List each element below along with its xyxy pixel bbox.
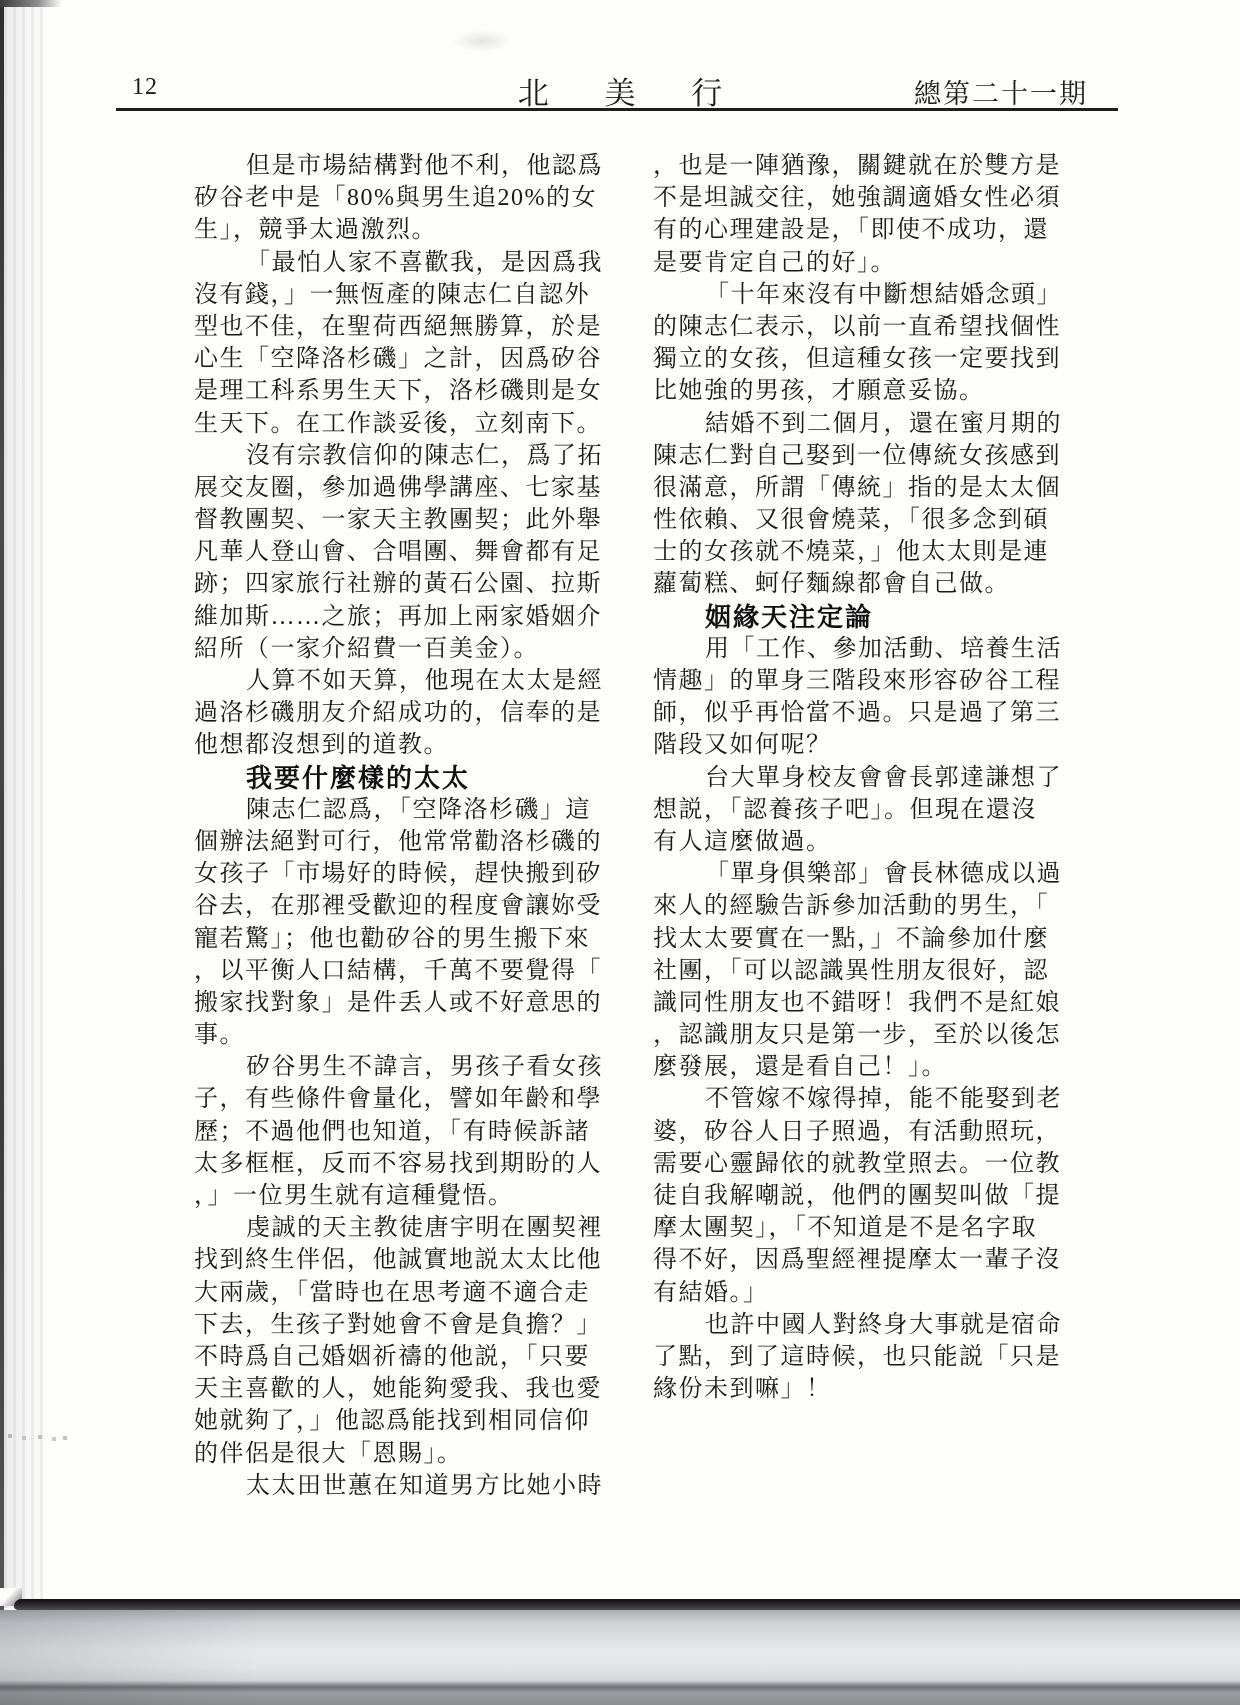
text-line: 結婚不到二個月，還在蜜月期的 [653,408,1049,440]
text-line: 不是坦誠交往，她強調適婚女性必須 [653,182,1049,214]
text-line: ，也是一陣猶豫，關鍵就在於雙方是 [653,150,1049,182]
text-line: 沒有宗教信仰的陳志仁，爲了拓 [194,440,590,472]
text-line: 需要心靈歸依的就教堂照去。一位教 [653,1148,1049,1180]
scan-smudge [452,30,512,52]
text-line: 心生「空降洛杉磯」之計，因爲矽谷 [194,343,590,375]
section-heading: 姻緣天注定論 [653,601,1049,633]
text-line: 有人這麼做過。 [653,826,1049,858]
text-line: 用「工作、參加活動、培養生活 [653,633,1049,665]
text-line: 她就夠了，」他認爲能找到相同信仰 [194,1405,590,1437]
text-line: 了點，到了這時候，也只能説「只是 [653,1341,1049,1373]
text-line: ，以平衡人口結構，千萬不要覺得「 [194,955,590,987]
text-line: 「最怕人家不喜歡我，是因爲我 [194,247,590,279]
text-line: 的伴侶是很大「恩賜」。 [194,1438,590,1470]
text-line: 是要肯定自己的好」。 [653,247,1049,279]
text-line: 過洛杉磯朋友介紹成功的，信奉的是 [194,697,590,729]
scanned-magazine-page: 12 北 美 行 總第二十一期 但是市場結構對他不利，他認爲矽谷老中是「80%與… [0,0,1240,1705]
text-line: 歷；不過他們也知道，「有時候訴諸 [194,1116,590,1148]
text-line: 型也不佳，在聖荷西絕無勝算，於是 [194,311,590,343]
text-line: 有的心理建設是，「即使不成功，還 [653,214,1049,246]
text-line: 想説，「認養孩子吧」。但現在還沒 [653,794,1049,826]
text-line: 不管嫁不嫁得掉，能不能娶到老 [653,1083,1049,1115]
text-line: 階段又如何呢？ [653,729,1049,761]
text-line: 沒有錢，」一無恆產的陳志仁自認外 [194,279,590,311]
text-column-right: ，也是一陣猶豫，關鍵就在於雙方是不是坦誠交往，她強調適婚女性必須有的心理建設是，… [653,150,1049,1405]
text-line: 生」，競爭太過激烈。 [194,214,590,246]
text-line: 士的女孩就不燒菜，」他太太則是連 [653,536,1049,568]
text-line: 台大單身校友會會長郭達謙想了 [653,762,1049,794]
scan-top-left-shadow [0,0,62,7]
text-line: 找到終生伴侶，他誠實地説太太比他 [194,1244,590,1276]
text-line: 太太田世蕙在知道男方比她小時 [194,1470,590,1502]
text-line: ，認識朋友只是第一步，至於以後怎 [653,1019,1049,1051]
issue-label: 總第二十一期 [914,72,1088,111]
text-column-left: 但是市場結構對他不利，他認爲矽谷老中是「80%與男生追20%的女生」，競爭太過激… [194,150,590,1502]
text-line: 大兩歲，「當時也在思考適不適合走 [194,1277,590,1309]
text-line: 性依賴、又很會燒菜，「很多念到碩 [653,504,1049,536]
text-line: ，」一位男生就有這種覺悟。 [194,1180,590,1212]
text-line: 人算不如天算，他現在太太是經 [194,665,590,697]
text-line: 徒自我解嘲説，他們的團契叫做「提 [653,1180,1049,1212]
text-line: 但是市場結構對他不利，他認爲 [194,150,590,182]
text-line: 谷去，在那裡受歡迎的程度會讓妳受 [194,890,590,922]
scan-left-edge-line [0,0,4,1612]
text-line: 識同性朋友也不錯呀！我們不是紅娘 [653,987,1049,1019]
text-line: 緣份未到嘛」！ [653,1373,1049,1405]
text-line: 紹所（一家介紹費一百美金）。 [194,633,590,665]
text-line: 有結婚。」 [653,1277,1049,1309]
text-line: 女孩子「市場好的時候，趕快搬到矽 [194,858,590,890]
text-line: 比她強的男孩，才願意妥協。 [653,375,1049,407]
text-line: 事。 [194,1019,590,1051]
text-line: 情趣」的單身三階段來形容矽谷工程 [653,665,1049,697]
text-line: 很滿意，所謂「傳統」指的是太太個 [653,472,1049,504]
text-line: 督教團契、一家天主教團契；此外舉 [194,504,590,536]
text-line: 陳志仁對自己娶到一位傳統女孩感到 [653,440,1049,472]
scanner-bed-shade [0,1610,260,1705]
text-line: 個辦法絕對可行，他常常勸洛杉磯的 [194,826,590,858]
text-line: 的陳志仁表示，以前一直希望找個性 [653,311,1049,343]
text-line: 生天下。在工作談妥後，立刻南下。 [194,408,590,440]
text-line: 獨立的女孩，但這種女孩一定要找到 [653,343,1049,375]
text-line: 矽谷男生不諱言，男孩子看女孩 [194,1051,590,1083]
text-line: 找太太要實在一點，」不論參加什麼 [653,923,1049,955]
text-line: 維加斯……之旅；再加上兩家婚姻介 [194,601,590,633]
text-line: 「十年來沒有中斷想結婚念頭」 [653,279,1049,311]
text-line: 跡；四家旅行社辦的黃石公園、拉斯 [194,568,590,600]
text-line: 是理工科系男生天下，洛杉磯則是女 [194,375,590,407]
section-heading: 我要什麼樣的太太 [194,762,590,794]
text-line: 來人的經驗告訴參加活動的男生，「 [653,890,1049,922]
text-line: 蘿蔔糕、蚵仔麵線都會自己做。 [653,568,1049,600]
text-line: 展交友圈，參加過佛學講座、七家基 [194,472,590,504]
text-line: 天主喜歡的人，她能夠愛我、我也愛 [194,1373,590,1405]
text-line: 師，似乎再恰當不過。只是過了第三 [653,697,1049,729]
header-rule [116,108,1118,111]
text-line: 社團，「可以認識異性朋友很好，認 [653,955,1049,987]
text-line: 虔誠的天主教徒唐宇明在團契裡 [194,1212,590,1244]
text-line: 矽谷老中是「80%與男生追20%的女 [194,182,590,214]
text-line: 婆，矽谷人日子照過，有活動照玩， [653,1116,1049,1148]
text-line: 下去，生孩子對她會不會是負擔？」 [194,1309,590,1341]
text-line: 摩太團契」，「不知道是不是名字取 [653,1212,1049,1244]
scan-speckle [8,1434,12,1438]
text-line: 子，有些條件會量化，譬如年齡和學 [194,1083,590,1115]
text-line: 太多框框，反而不容易找到期盼的人 [194,1148,590,1180]
scan-left-streaks [4,0,48,1608]
text-line: 凡華人登山會、合唱團、舞會都有足 [194,536,590,568]
text-line: 也許中國人對終身大事就是宿命 [653,1309,1049,1341]
text-line: 麼發展，還是看自己！」。 [653,1051,1049,1083]
text-line: 不時爲自己婚姻祈禱的他説，「只要 [194,1341,590,1373]
text-line: 寵若驚」；他也勸矽谷的男生搬下來 [194,923,590,955]
text-line: 「單身俱樂部」會長林德成以過 [653,858,1049,890]
page-bottom-edge [14,1599,1240,1610]
text-line: 搬家找對象」是件丢人或不好意思的 [194,987,590,1019]
text-line: 他想都沒想到的道教。 [194,729,590,761]
text-line: 得不好，因爲聖經裡提摩太一輩子沒 [653,1244,1049,1276]
text-line: 陳志仁認爲，「空降洛杉磯」這 [194,794,590,826]
